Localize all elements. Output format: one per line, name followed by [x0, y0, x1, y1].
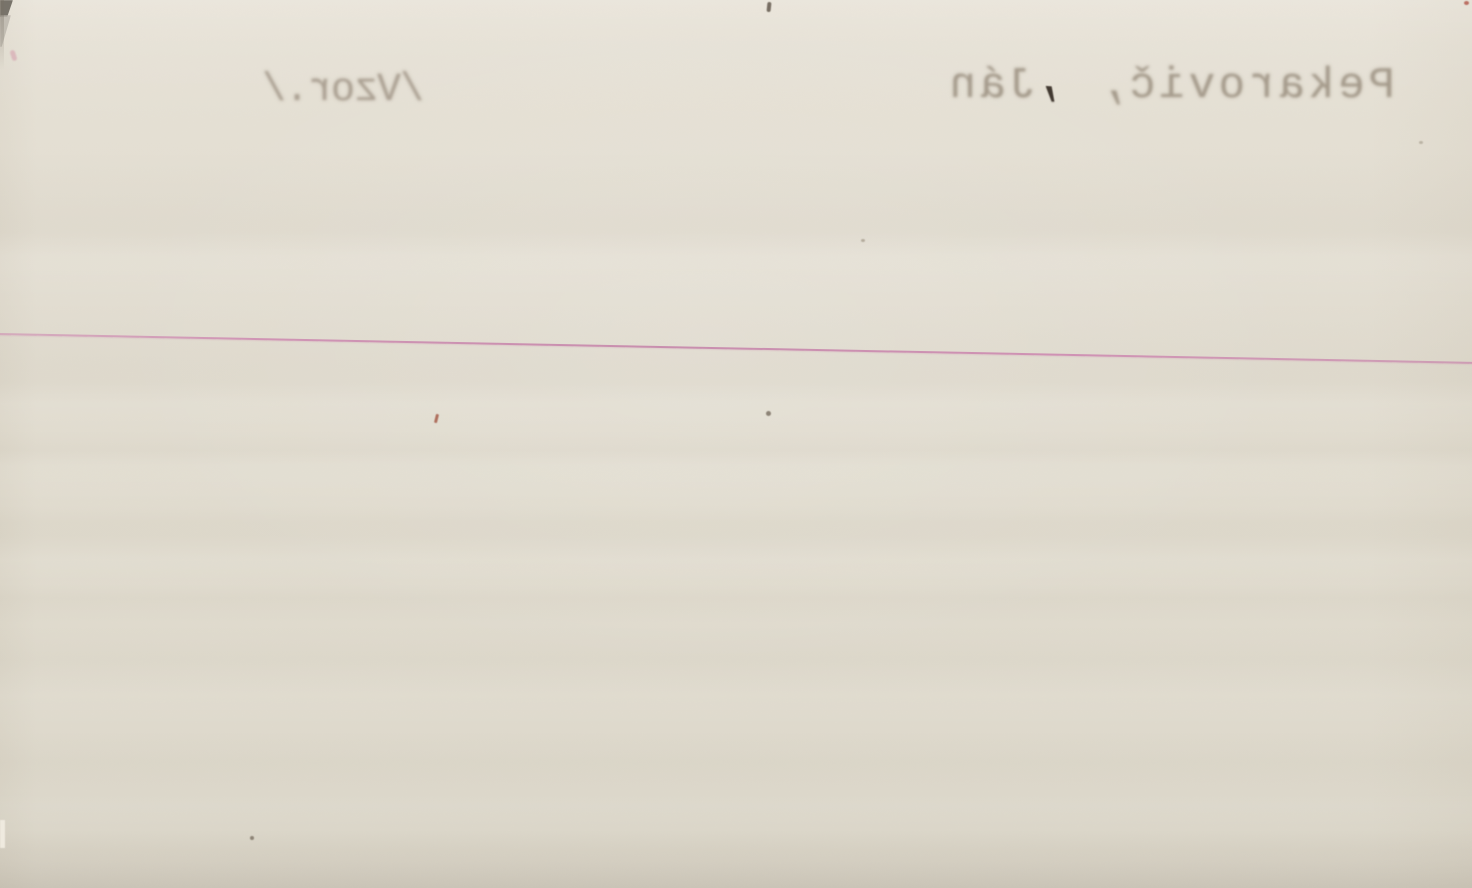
bottom-left-edge-notch: [0, 820, 5, 848]
ink-speck: [1464, 1, 1469, 5]
ink-speck: [1419, 141, 1423, 144]
paper-banding-texture: [0, 0, 1472, 888]
ink-speck: [766, 411, 771, 416]
ink-speck: [861, 239, 865, 242]
pink-fiber-speck: [9, 49, 17, 61]
bleedthrough-text-name: Pekarovič, Ján: [946, 64, 1395, 108]
dark-comma-mark: ,: [1032, 57, 1063, 105]
paper-grain-texture: [0, 0, 1472, 888]
left-edge-shadow: [0, 0, 4, 70]
red-ink-speck: [434, 414, 439, 423]
scan-vignette: [0, 0, 1472, 888]
bleedthrough-text-annotation: /Vzor./: [263, 70, 424, 112]
ink-speck: [766, 2, 771, 12]
pink-rule-line: [0, 333, 1472, 364]
ink-speck: [250, 836, 254, 840]
scanned-card-page: /Vzor./ Pekarovič, Ján ,: [0, 0, 1472, 888]
